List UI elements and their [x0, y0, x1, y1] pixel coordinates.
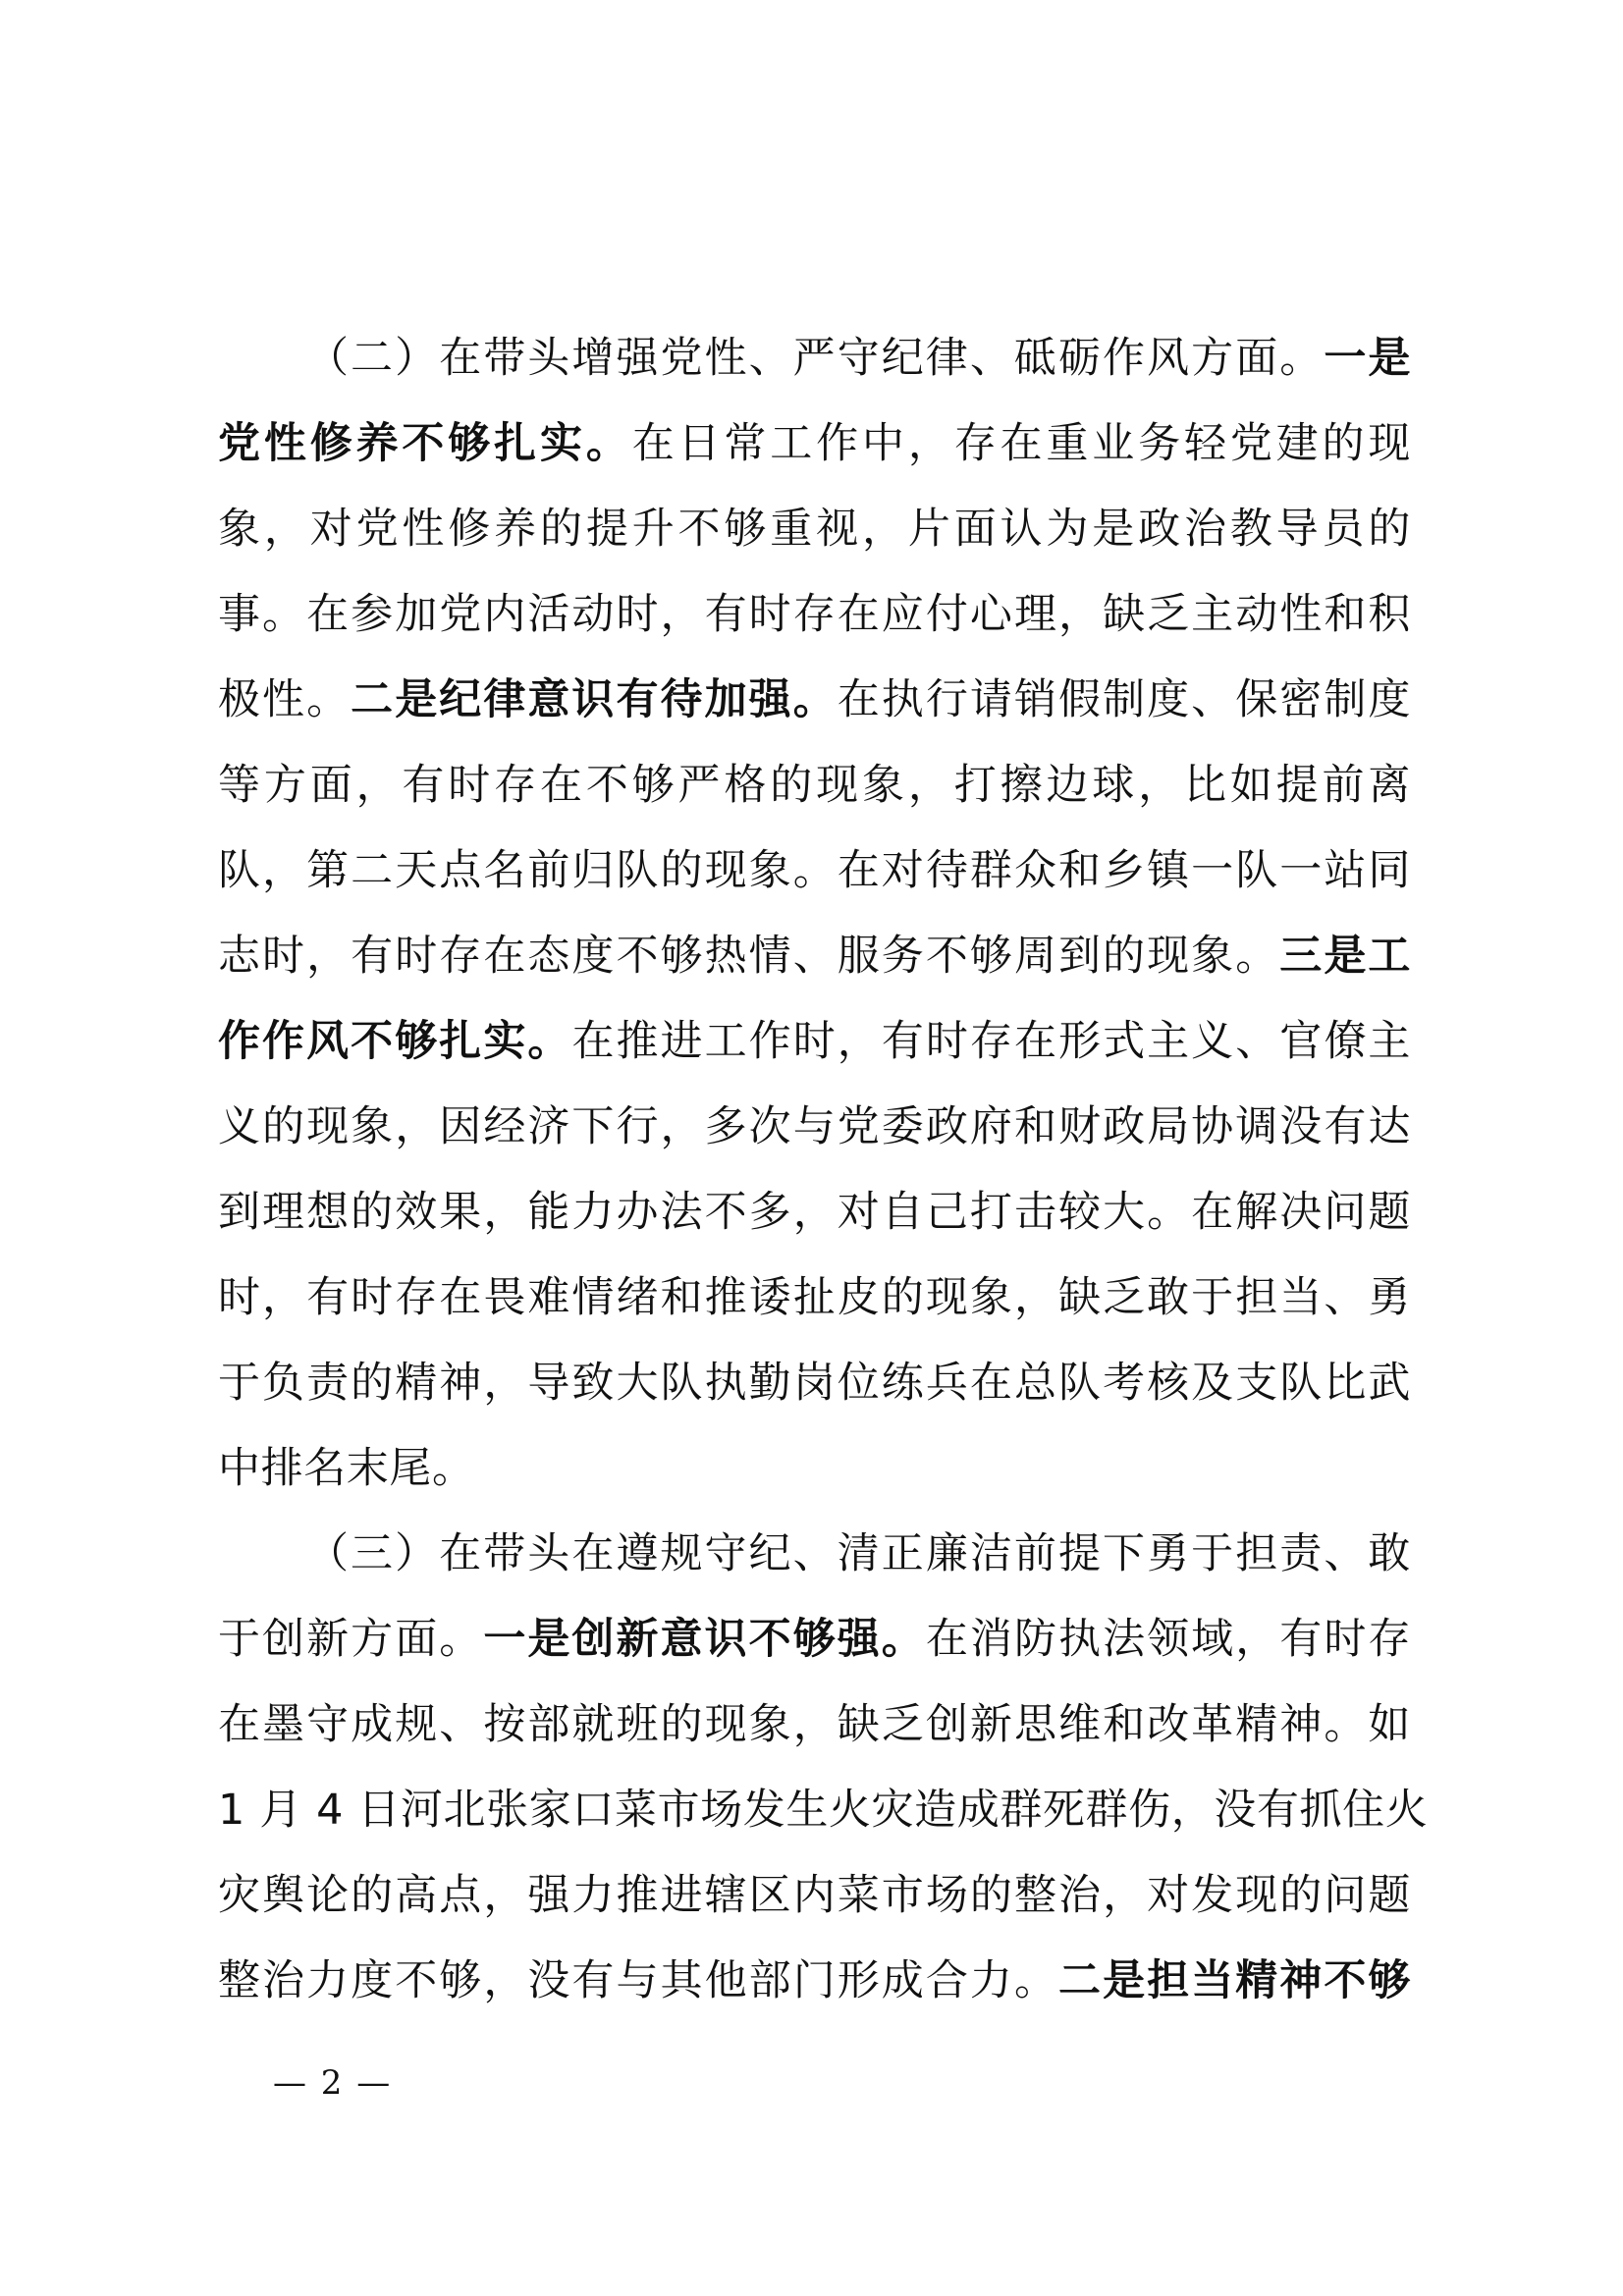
bold-heading-segment: 一是创新意识不够强。 — [483, 1615, 926, 1664]
text-segment: 在消防执法领域，有时存 — [926, 1615, 1411, 1664]
text-segment: 事。在参加党内活动时，有时存在应付心理，缺乏主动性和积 — [218, 590, 1411, 639]
text-line: 时，有时存在畏难情绪和推诿扯皮的现象，缺乏敢于担当、勇 — [218, 1255, 1411, 1341]
text-segment: 中排名末尾。 — [218, 1444, 475, 1493]
text-segment: 整治力度不够，没有与其他部门形成合力。 — [218, 1956, 1058, 2005]
page-number: — 2 — — [273, 2063, 392, 2103]
text-segment: 到理想的效果，能力办法不多，对自己打击较大。在解决问题 — [218, 1188, 1411, 1237]
text-line: 志时，有时存在态度不够热情、服务不够周到的现象。三是工 — [218, 914, 1411, 999]
text-segment: 于创新方面。 — [218, 1615, 483, 1664]
text-segment: 极性。 — [218, 675, 351, 724]
text-line: 党性修养不够扎实。在日常工作中，存在重业务轻党建的现 — [218, 401, 1411, 487]
text-line: 到理想的效果，能力办法不多，对自己打击较大。在解决问题 — [218, 1170, 1411, 1255]
text-segment: 在执行请销假制度、保密制度 — [838, 675, 1411, 724]
text-line: 于创新方面。一是创新意识不够强。在消防执法领域，有时存 — [218, 1597, 1411, 1682]
text-line: 队，第二天点名前归队的现象。在对待群众和乡镇一队一站同 — [218, 828, 1411, 914]
bold-heading-segment: 三是工 — [1279, 932, 1411, 981]
text-segment: 志时，有时存在态度不够热情、服务不够周到的现象。 — [218, 932, 1279, 981]
text-segment: （三）在带头在遵规守纪、清正廉洁前提下勇于担责、敢 — [306, 1529, 1411, 1578]
text-line: 灾舆论的高点，强力推进辖区内菜市场的整治，对发现的问题 — [218, 1853, 1411, 1939]
bold-heading-segment: 作作风不够扎实。 — [218, 1017, 571, 1066]
text-segment: 在墨守成规、按部就班的现象，缺乏创新思维和改革精神。如 — [218, 1700, 1411, 1749]
text-line: （二）在带头增强党性、严守纪律、砥砺作风方面。一是 — [218, 316, 1411, 401]
text-line: 于负责的精神，导致大队执勤岗位练兵在总队考核及支队比武 — [218, 1341, 1411, 1426]
bold-heading-segment: 党性修养不够扎实。 — [218, 419, 632, 468]
text-line: 作作风不够扎实。在推进工作时，有时存在形式主义、官僚主 — [218, 999, 1411, 1085]
text-line: 象，对党性修养的提升不够重视，片面认为是政治教导员的 — [218, 487, 1411, 572]
text-line: （三）在带头在遵规守纪、清正廉洁前提下勇于担责、敢 — [218, 1512, 1411, 1597]
text-segment: 1 月 4 日河北张家口菜市场发生火灾造成群死群伤，没有抓住火 — [218, 1786, 1428, 1835]
text-segment: 队，第二天点名前归队的现象。在对待群众和乡镇一队一站同 — [218, 846, 1411, 895]
document-page: （二）在带头增强党性、严守纪律、砥砺作风方面。一是党性修养不够扎实。在日常工作中… — [0, 0, 1623, 2296]
text-line: 中排名末尾。 — [218, 1426, 1411, 1512]
text-line: 义的现象，因经济下行，多次与党委政府和财政局协调没有达 — [218, 1085, 1411, 1170]
text-segment: 象，对党性修养的提升不够重视，片面认为是政治教导员的 — [218, 505, 1411, 554]
text-segment: （二）在带头增强党性、严守纪律、砥砺作风方面。 — [306, 334, 1324, 383]
text-line: 1 月 4 日河北张家口菜市场发生火灾造成群死群伤，没有抓住火 — [218, 1768, 1411, 1853]
text-segment: 灾舆论的高点，强力推进辖区内菜市场的整治，对发现的问题 — [218, 1871, 1411, 1920]
text-line: 事。在参加党内活动时，有时存在应付心理，缺乏主动性和积 — [218, 572, 1411, 658]
bold-heading-segment: 二是纪律意识有待加强。 — [351, 675, 838, 724]
text-segment: 时，有时存在畏难情绪和推诿扯皮的现象，缺乏敢于担当、勇 — [218, 1273, 1411, 1322]
text-line: 整治力度不够，没有与其他部门形成合力。二是担当精神不够 — [218, 1939, 1411, 2024]
text-line: 极性。二是纪律意识有待加强。在执行请销假制度、保密制度 — [218, 658, 1411, 743]
text-segment: 义的现象，因经济下行，多次与党委政府和财政局协调没有达 — [218, 1102, 1411, 1151]
bold-heading-segment: 一是 — [1324, 334, 1411, 383]
text-line: 在墨守成规、按部就班的现象，缺乏创新思维和改革精神。如 — [218, 1682, 1411, 1768]
text-segment: 在推进工作时，有时存在形式主义、官僚主 — [571, 1017, 1411, 1066]
text-line: 等方面，有时存在不够严格的现象，打擦边球，比如提前离 — [218, 743, 1411, 828]
document-body: （二）在带头增强党性、严守纪律、砥砺作风方面。一是党性修养不够扎实。在日常工作中… — [218, 316, 1411, 2024]
text-segment: 等方面，有时存在不够严格的现象，打擦边球，比如提前离 — [218, 761, 1411, 810]
bold-heading-segment: 二是担当精神不够 — [1058, 1956, 1411, 2005]
text-segment: 在日常工作中，存在重业务轻党建的现 — [632, 419, 1411, 468]
text-segment: 于负责的精神，导致大队执勤岗位练兵在总队考核及支队比武 — [218, 1359, 1411, 1408]
